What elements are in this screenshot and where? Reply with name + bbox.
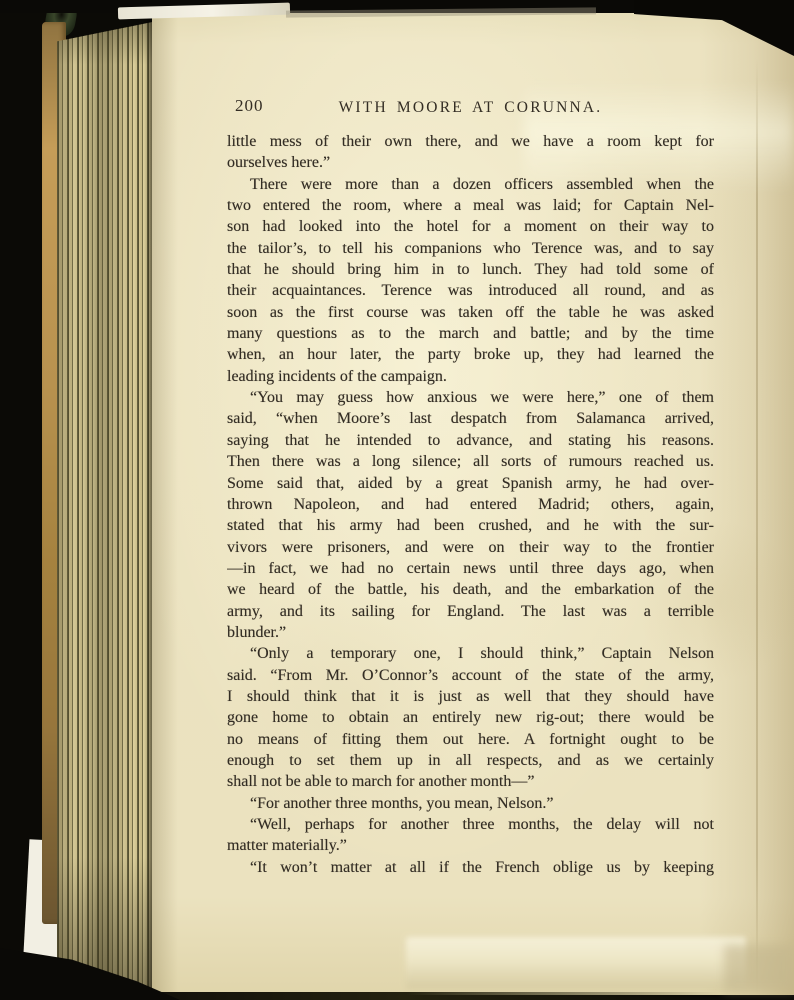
text-line: two entered the room, where a meal was l… xyxy=(227,195,714,216)
text-line: said. “From Mr. O’Connor’s account of th… xyxy=(227,665,714,686)
text-line: Some said that, aided by a great Spanish… xyxy=(227,473,714,494)
text-line: enough to set them up in all respects, a… xyxy=(227,750,714,771)
text-line: I should think that it is just as well t… xyxy=(227,686,714,707)
fore-edge-crease xyxy=(756,58,758,995)
running-title: WITH MOORE AT CORUNNA. xyxy=(227,98,714,117)
text-line: many questions as to the march and battl… xyxy=(227,323,714,344)
printed-content: 200 WITH MOORE AT CORUNNA. little mess o… xyxy=(227,96,714,878)
text-line: shall not be able to march for another m… xyxy=(227,771,714,792)
text-line: little mess of their own there, and we h… xyxy=(227,131,714,152)
page-header: 200 WITH MOORE AT CORUNNA. xyxy=(227,96,714,118)
text-line: vivors were prisoners, and were on their… xyxy=(227,537,714,558)
text-line: stated that his army had been crushed, a… xyxy=(227,515,714,536)
text-line: we heard of the battle, his death, and t… xyxy=(227,579,714,600)
text-line: “For another three months, you mean, Nel… xyxy=(227,793,714,814)
text-line: said, “when Moore’s last despatch from S… xyxy=(227,408,714,429)
text-line: no means of fitting them out here. A for… xyxy=(227,729,714,750)
text-line: blunder.” xyxy=(227,622,714,643)
text-line: army, and its sailing for England. The l… xyxy=(227,601,714,622)
bottom-edge-shadow xyxy=(150,992,720,1000)
text-line: Then there was a long silence; all sorts… xyxy=(227,451,714,472)
text-line: leading incidents of the campaign. xyxy=(227,366,714,387)
text-line: soon as the first course was taken off t… xyxy=(227,302,714,323)
lower-page-edges-blur-right xyxy=(724,945,794,991)
text-line: thrown Napoleon, and had entered Madrid;… xyxy=(227,494,714,515)
book-photo: 200 WITH MOORE AT CORUNNA. little mess o… xyxy=(0,0,794,1000)
text-line: —in fact, we had no certain news until t… xyxy=(227,558,714,579)
text-line: “Well, perhaps for another three months,… xyxy=(227,814,714,835)
text-line: “You may guess how anxious we were here,… xyxy=(227,387,714,408)
text-line: when, an hour later, the party broke up,… xyxy=(227,344,714,365)
text-line: There were more than a dozen officers as… xyxy=(227,174,714,195)
text-line: gone home to obtain an entirely new rig-… xyxy=(227,707,714,728)
page-text: little mess of their own there, and we h… xyxy=(227,131,714,878)
text-line: that he should bring him in to lunch. Th… xyxy=(227,259,714,280)
text-line: saying that he intended to advance, and … xyxy=(227,430,714,451)
lower-page-edges-blur xyxy=(406,937,746,989)
text-line: “Only a temporary one, I should think,” … xyxy=(227,643,714,664)
text-line: the tailor’s, to tell his companions who… xyxy=(227,238,714,259)
page-edge-stack xyxy=(57,16,158,994)
text-line: son had looked into the hotel for a mome… xyxy=(227,216,714,237)
text-line: “It won’t matter at all if the French ob… xyxy=(227,857,714,878)
text-line: ourselves here.” xyxy=(227,152,714,173)
text-line: matter materially.” xyxy=(227,835,714,856)
text-line: their acquaintances. Terence was introdu… xyxy=(227,280,714,301)
